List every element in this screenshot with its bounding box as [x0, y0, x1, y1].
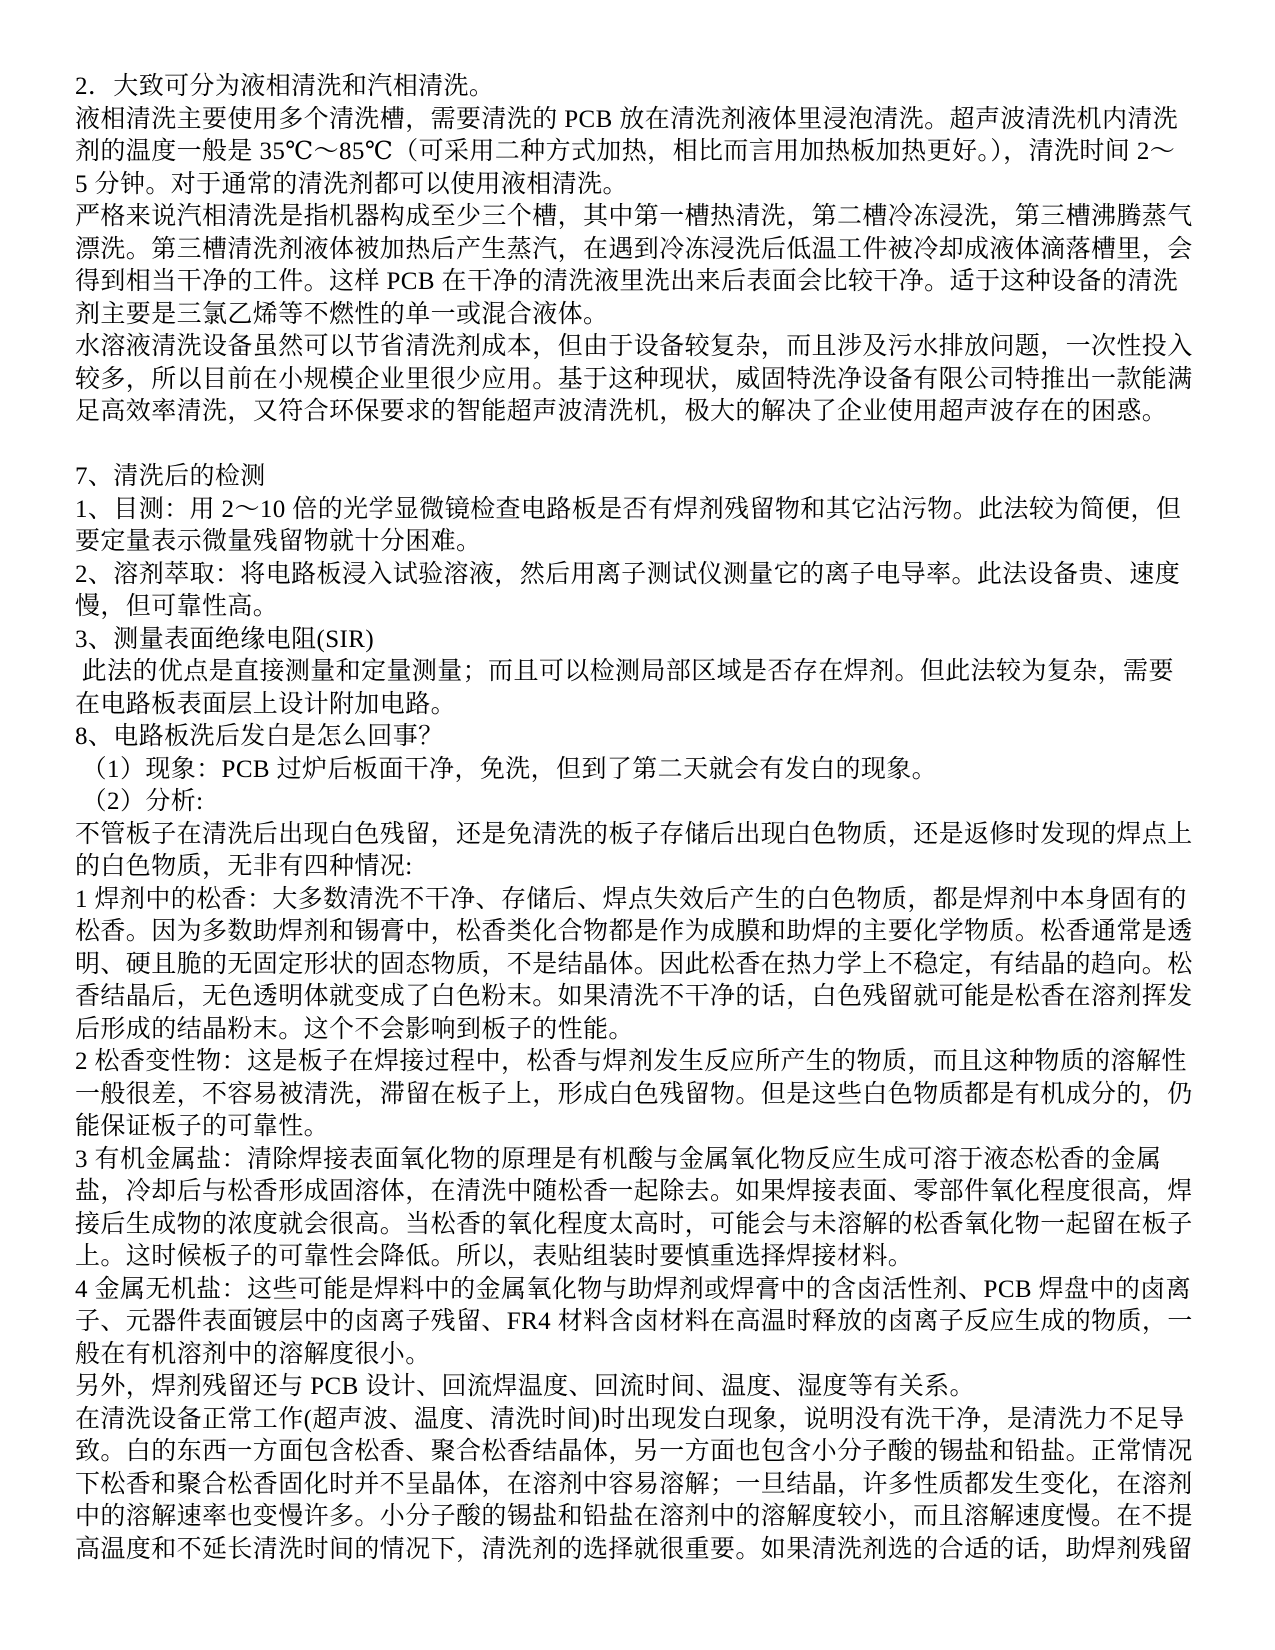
paragraph: 液相清洗主要使用多个清洗槽，需要清洗的 PCB 放在清洗剂液体里浸泡清洗。超声波…	[75, 104, 1217, 202]
text-line: 在清洗设备正常工作(超声波、温度、清洗时间)时出现发白现象，说明没有洗干净，是清…	[75, 1404, 1217, 1437]
paragraph: 在清洗设备正常工作(超声波、温度、清洗时间)时出现发白现象，说明没有洗干净，是清…	[75, 1404, 1217, 1567]
paragraph: 1、目测：用 2～10 倍的光学显微镜检查电路板是否有焊剂残留物和其它沾污物。此…	[75, 494, 1217, 559]
text-line: 较多，所以目前在小规模企业里很少应用。基于这种现状，威固特洗净设备有限公司特推出…	[75, 364, 1217, 397]
text-line: 的白色物质，无非有四种情况:	[75, 851, 1217, 884]
document-page: 2．大致可分为液相清洗和汽相清洗。液相清洗主要使用多个清洗槽，需要清洗的 PCB…	[0, 0, 1275, 1650]
text-line: 明、硬且脆的无固定形状的固态物质，不是结晶体。因此松香在热力学上不稳定，有结晶的…	[75, 949, 1217, 982]
paragraph: 不管板子在清洗后出现白色残留，还是免清洗的板子存储后出现白色物质，还是返修时发现…	[75, 819, 1217, 884]
text-line: 要定量表示微量残留物就十分困难。	[75, 526, 1217, 559]
text-line: 松香。因为多数助焊剂和锡膏中，松香类化合物都是作为成膜和助焊的主要化学物质。松香…	[75, 916, 1217, 949]
text-line: 水溶液清洗设备虽然可以节省清洗剂成本，但由于设备较复杂，而且涉及污水排放问题，一…	[75, 331, 1217, 364]
text-line: 香结晶后，无色透明体就变成了白色粉末。如果清洗不干净的话，白色残留就可能是松香在…	[75, 981, 1217, 1014]
paragraph: 3、测量表面绝缘电阻(SIR)	[75, 624, 1217, 657]
text-line: 3 有机金属盐：清除焊接表面氧化物的原理是有机酸与金属氧化物反应生成可溶于液态松…	[75, 1144, 1217, 1177]
paragraph: 另外，焊剂残留还与 PCB 设计、回流焊温度、回流时间、温度、湿度等有关系。	[75, 1371, 1217, 1404]
text-line: 4 金属无机盐：这些可能是焊料中的金属氧化物与助焊剂或焊膏中的含卤活性剂、PCB…	[75, 1274, 1217, 1307]
text-line: 1 焊剂中的松香：大多数清洗不干净、存储后、焊点失效后产生的白色物质，都是焊剂中…	[75, 884, 1217, 917]
text-line: 8、电路板洗后发白是怎么回事？	[75, 721, 1217, 754]
paragraph: 严格来说汽相清洗是指机器构成至少三个槽，其中第一槽热清洗，第二槽冷冻浸洗，第三槽…	[75, 201, 1217, 331]
paragraph: （2）分析:	[75, 786, 1217, 819]
blank-line	[75, 429, 1217, 462]
text-line: 2 松香变性物：这是板子在焊接过程中，松香与焊剂发生反应所产生的物质，而且这种物…	[75, 1046, 1217, 1079]
text-line: 另外，焊剂残留还与 PCB 设计、回流焊温度、回流时间、温度、湿度等有关系。	[75, 1371, 1217, 1404]
paragraph: 2 松香变性物：这是板子在焊接过程中，松香与焊剂发生反应所产生的物质，而且这种物…	[75, 1046, 1217, 1144]
text-line: 后形成的结晶粉末。这个不会影响到板子的性能。	[75, 1014, 1217, 1047]
text-line: 慢，但可靠性高。	[75, 591, 1217, 624]
paragraph: 8、电路板洗后发白是怎么回事？	[75, 721, 1217, 754]
text-line: 中的溶解速率也变慢许多。小分子酸的锡盐和铅盐在溶剂中的溶解度较小，而且溶解速度慢…	[75, 1501, 1217, 1534]
paragraph: （1）现象：PCB 过炉后板面干净，免洗，但到了第二天就会有发白的现象。	[75, 754, 1217, 787]
text-line: 2、溶剂萃取：将电路板浸入试验溶液，然后用离子测试仪测量它的离子电导率。此法设备…	[75, 559, 1217, 592]
text-line: 般在有机溶剂中的溶解度很小。	[75, 1339, 1217, 1372]
paragraph: 2、溶剂萃取：将电路板浸入试验溶液，然后用离子测试仪测量它的离子电导率。此法设备…	[75, 559, 1217, 624]
text-line: 致。白的东西一方面包含松香、聚合松香结晶体，另一方面也包含小分子酸的锡盐和铅盐。…	[75, 1436, 1217, 1469]
text-line: 一般很差，不容易被清洗，滞留在板子上，形成白色残留物。但是这些白色物质都是有机成…	[75, 1079, 1217, 1112]
paragraph: 3 有机金属盐：清除焊接表面氧化物的原理是有机酸与金属氧化物反应生成可溶于液态松…	[75, 1144, 1217, 1274]
text-line: 在电路板表面层上设计附加电路。	[75, 689, 1217, 722]
text-line: 能保证板子的可靠性。	[75, 1111, 1217, 1144]
text-line: 5 分钟。对于通常的清洗剂都可以使用液相清洗。	[75, 169, 1217, 202]
paragraph: 2．大致可分为液相清洗和汽相清洗。	[75, 71, 1217, 104]
text-line: 7、清洗后的检测	[75, 461, 1217, 494]
paragraph: 此法的优点是直接测量和定量测量；而且可以检测局部区域是否存在焊剂。但此法较为复杂…	[75, 656, 1217, 721]
text-line: 足高效率清洗，又符合环保要求的智能超声波清洗机，极大的解决了企业使用超声波存在的…	[75, 396, 1217, 429]
paragraph: 7、清洗后的检测	[75, 461, 1217, 494]
text-line: （2）分析:	[75, 786, 1217, 819]
text-line: 漂洗。第三槽清洗剂液体被加热后产生蒸汽，在遇到冷冻浸洗后低温工件被冷却成液体滴落…	[75, 234, 1217, 267]
text-line: （1）现象：PCB 过炉后板面干净，免洗，但到了第二天就会有发白的现象。	[75, 754, 1217, 787]
text-line: 盐，冷却后与松香形成固溶体，在清洗中随松香一起除去。如果焊接表面、零部件氧化程度…	[75, 1176, 1217, 1209]
text-line: 上。这时候板子的可靠性会降低。所以，表贴组装时要慎重选择焊接材料。	[75, 1241, 1217, 1274]
paragraph: 1 焊剂中的松香：大多数清洗不干净、存储后、焊点失效后产生的白色物质，都是焊剂中…	[75, 884, 1217, 1047]
text-line: 严格来说汽相清洗是指机器构成至少三个槽，其中第一槽热清洗，第二槽冷冻浸洗，第三槽…	[75, 201, 1217, 234]
document-content: 2．大致可分为液相清洗和汽相清洗。液相清洗主要使用多个清洗槽，需要清洗的 PCB…	[75, 71, 1217, 1566]
paragraph: 水溶液清洗设备虽然可以节省清洗剂成本，但由于设备较复杂，而且涉及污水排放问题，一…	[75, 331, 1217, 429]
text-line: 下松香和聚合松香固化时并不呈晶体，在溶剂中容易溶解；一旦结晶，许多性质都发生变化…	[75, 1469, 1217, 1502]
text-line: 得到相当干净的工件。这样 PCB 在干净的清洗液里洗出来后表面会比较干净。适于这…	[75, 266, 1217, 299]
paragraph	[75, 429, 1217, 462]
text-line: 1、目测：用 2～10 倍的光学显微镜检查电路板是否有焊剂残留物和其它沾污物。此…	[75, 494, 1217, 527]
text-line: 此法的优点是直接测量和定量测量；而且可以检测局部区域是否存在焊剂。但此法较为复杂…	[75, 656, 1217, 689]
text-line: 剂的温度一般是 35℃～85℃（可采用二种方式加热，相比而言用加热板加热更好。）…	[75, 136, 1217, 169]
text-line: 不管板子在清洗后出现白色残留，还是免清洗的板子存储后出现白色物质，还是返修时发现…	[75, 819, 1217, 852]
text-line: 2．大致可分为液相清洗和汽相清洗。	[75, 71, 1217, 104]
text-line: 接后生成物的浓度就会很高。当松香的氧化程度太高时，可能会与未溶解的松香氧化物一起…	[75, 1209, 1217, 1242]
text-line: 液相清洗主要使用多个清洗槽，需要清洗的 PCB 放在清洗剂液体里浸泡清洗。超声波…	[75, 104, 1217, 137]
paragraph: 4 金属无机盐：这些可能是焊料中的金属氧化物与助焊剂或焊膏中的含卤活性剂、PCB…	[75, 1274, 1217, 1372]
text-line: 3、测量表面绝缘电阻(SIR)	[75, 624, 1217, 657]
text-line: 剂主要是三氯乙烯等不燃性的单一或混合液体。	[75, 299, 1217, 332]
text-line: 高温度和不延长清洗时间的情况下，清洗剂的选择就很重要。如果清洗剂选的合适的话，助…	[75, 1534, 1217, 1567]
text-line: 子、元器件表面镀层中的卤离子残留、FR4 材料含卤材料在高温时释放的卤离子反应生…	[75, 1306, 1217, 1339]
